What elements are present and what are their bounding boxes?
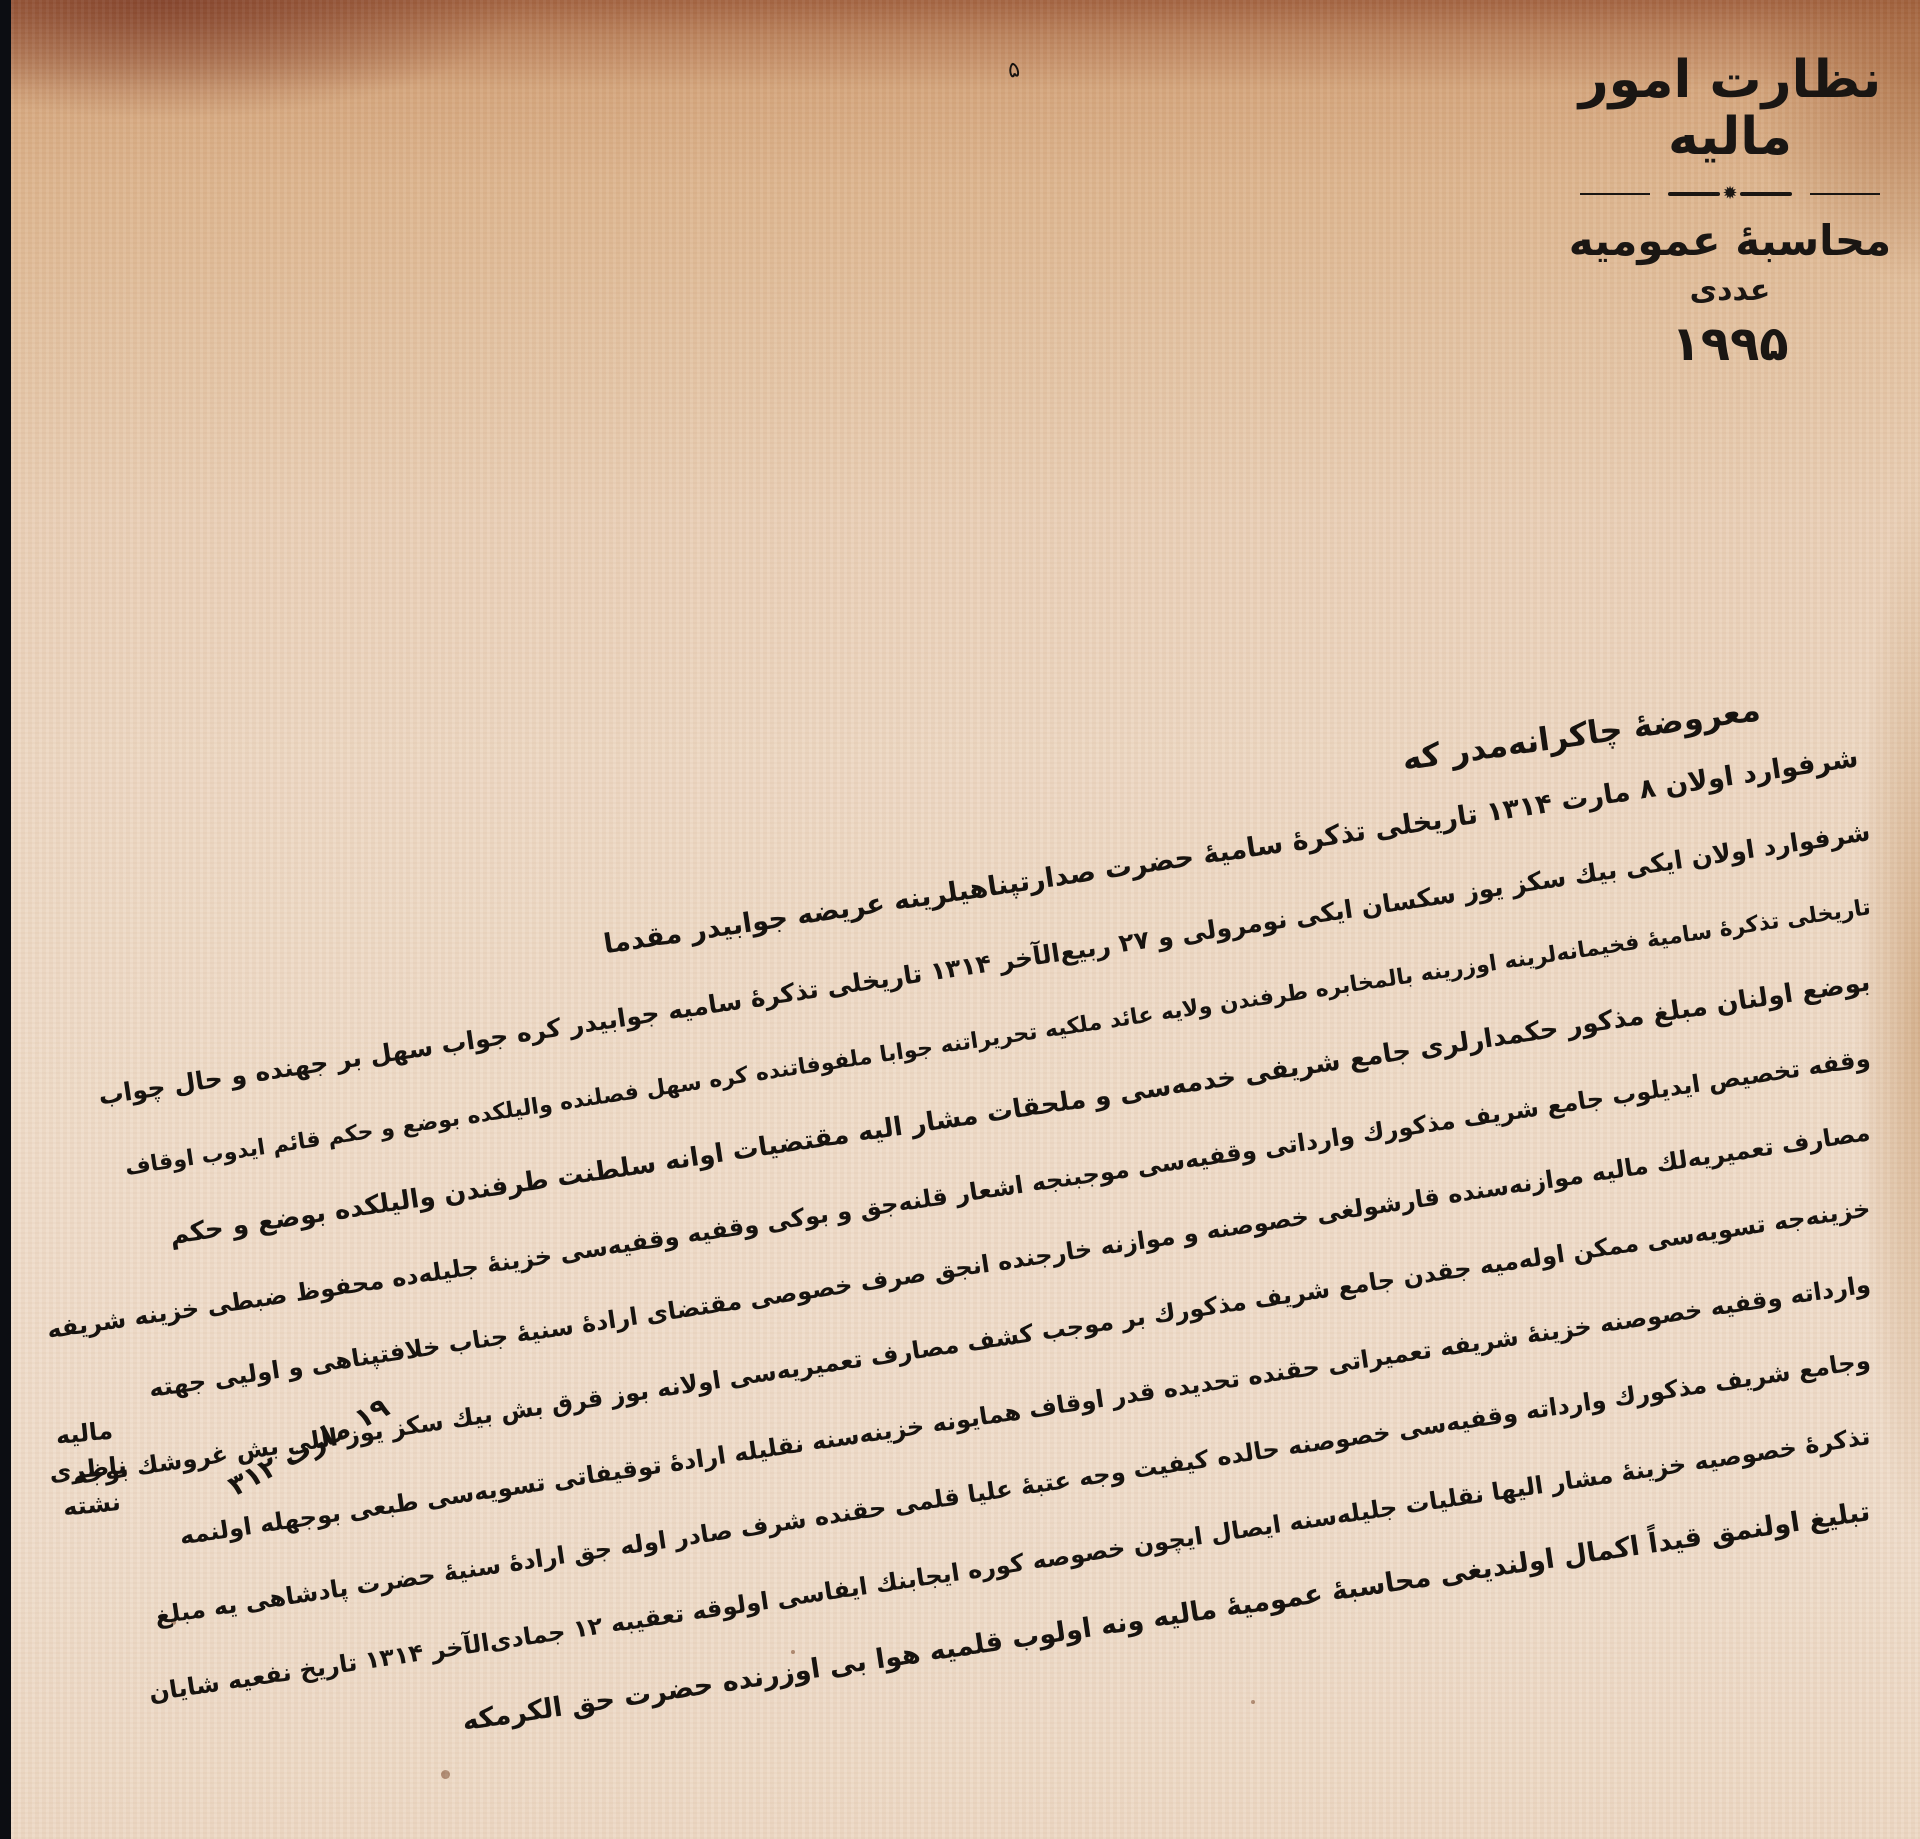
margin-signature: مالیه ناظری نشته <box>23 1409 154 1529</box>
letter-body: معروضهٔ چاکرانه‌مدر که شرفوارد اولان ۸ م… <box>0 0 1920 1839</box>
signature-line: مالیه ناظری <box>23 1409 150 1493</box>
